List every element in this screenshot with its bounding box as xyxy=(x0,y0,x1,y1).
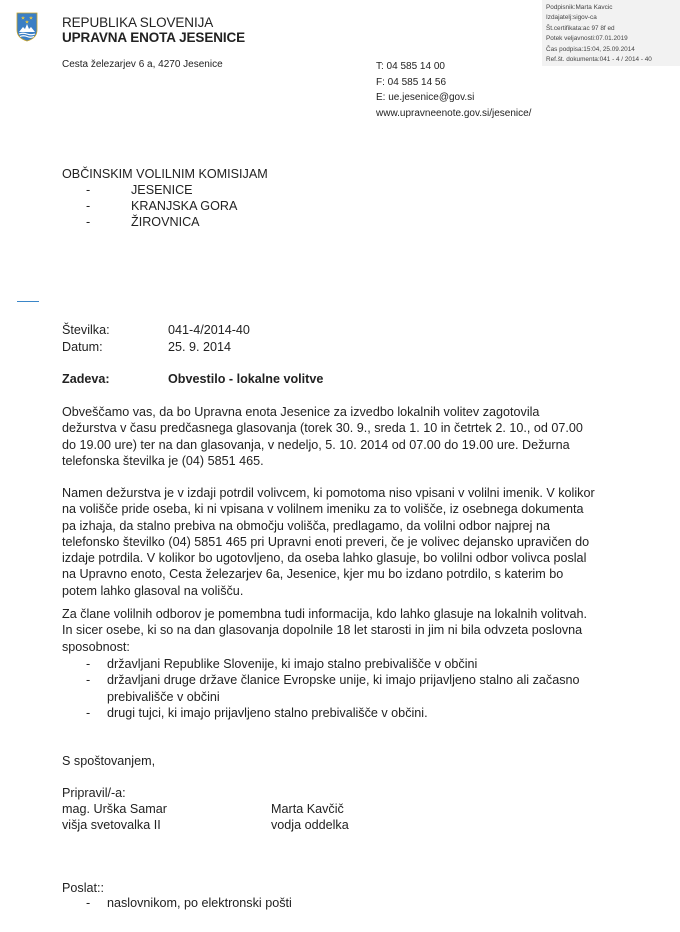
dash-bullet: - xyxy=(62,896,107,910)
text-line: do 19.00 ure) ter na dan glasovanja, v n… xyxy=(62,437,622,453)
recipient-item: - ŽIROVNICA xyxy=(62,214,268,230)
digital-signature-box: Podpisnik:Marta Kavcic Izdajatelj:sigov-… xyxy=(542,0,680,66)
text-line: potem lahko glasoval na volišču. xyxy=(62,583,622,599)
signature-line: Izdajatelj:sigov-ca xyxy=(546,13,680,23)
document-meta: Številka: 041-4/2014-40 Datum: 25. 9. 20… xyxy=(62,322,250,356)
recipient-item: - KRANJSKA GORA xyxy=(62,198,268,214)
closing-greeting: S spoštovanjem, xyxy=(62,754,155,768)
header-address: Cesta železarjev 6 a, 4270 Jesenice xyxy=(62,59,223,70)
text-line: telefonska številka je (04) 5851 465. xyxy=(62,453,622,469)
list-item-text: prebivališče v občini xyxy=(107,689,622,705)
preparer-title: višja svetovalka II xyxy=(62,817,167,833)
subject-label: Zadeva: xyxy=(62,372,168,386)
sent-item-text: naslovnikom, po elektronski pošti xyxy=(107,896,622,910)
subject-row: Zadeva: Obvestilo - lokalne volitve xyxy=(62,372,323,386)
dash-bullet: - xyxy=(62,214,131,230)
text-line: na Upravno enoto, Cesta železarjev 6a, J… xyxy=(62,566,622,582)
contact-phone: T: 04 585 14 00 xyxy=(376,59,531,75)
date-value: 25. 9. 2014 xyxy=(168,339,231,356)
date-label: Datum: xyxy=(62,339,168,356)
header-office: UPRAVNA ENOTA JESENICE xyxy=(62,30,245,45)
recipient-name: JESENICE xyxy=(131,182,193,198)
text-line: Obveščamo vas, da bo Upravna enota Jesen… xyxy=(62,404,622,420)
preparer-name: mag. Urška Samar xyxy=(62,801,167,817)
signer-block: Marta Kavčič vodja oddelka xyxy=(271,801,349,834)
recipients-block: OBČINSKIM VOLILNIM KOMISIJAM - JESENICE … xyxy=(62,166,268,230)
signer-name: Marta Kavčič xyxy=(271,801,349,817)
text-line: Za člane volilnih odborov je pomembna tu… xyxy=(62,606,622,622)
dash-bullet: - xyxy=(62,656,107,672)
signature-line: Ref.št. dokumenta:041 - 4 / 2014 - 40 xyxy=(546,55,680,65)
recipients-title: OBČINSKIM VOLILNIM KOMISIJAM xyxy=(62,166,268,182)
preparer-block: mag. Urška Samar višja svetovalka II xyxy=(62,801,167,834)
eligibility-list: - državljani Republike Slovenije, ki ima… xyxy=(62,656,622,721)
signature-line: Potek veljavnosti:07.01.2019 xyxy=(546,34,680,44)
list-item-text: drugi tujci, ki imajo prijavljeno stalno… xyxy=(107,705,622,721)
text-line: pa izhaja, da stalno prebiva na območju … xyxy=(62,518,622,534)
sent-label: Poslat:: xyxy=(62,881,104,895)
list-item: - drugi tujci, ki imajo prijavljeno stal… xyxy=(62,705,622,721)
signature-line: Čas podpisa:15:04, 25.09.2014 xyxy=(546,45,680,55)
contact-block: T: 04 585 14 00 F: 04 585 14 56 E: ue.je… xyxy=(376,59,531,121)
dash-bullet: - xyxy=(62,672,107,705)
recipient-item: - JESENICE xyxy=(62,182,268,198)
text-line: Namen dežurstva je v izdaji potrdil voli… xyxy=(62,485,622,501)
slovenia-coat-of-arms-icon xyxy=(16,12,38,42)
list-item-text: državljani Republike Slovenije, ki imajo… xyxy=(107,656,622,672)
text-line: sposobnost: xyxy=(62,639,622,655)
header-country: REPUBLIKA SLOVENIJA xyxy=(62,15,213,30)
contact-fax: F: 04 585 14 56 xyxy=(376,75,531,91)
list-item: - državljani Republike Slovenije, ki ima… xyxy=(62,656,622,672)
recipient-name: KRANJSKA GORA xyxy=(131,198,237,214)
prepared-by-label: Pripravil/-a: xyxy=(62,785,126,801)
number-label: Številka: xyxy=(62,322,168,339)
fold-mark-divider xyxy=(17,301,39,302)
signature-line: Št.certifikata:ac 97 8f ed xyxy=(546,24,680,34)
text-line: izdaje potrdila. V kolikor bo ugotovljen… xyxy=(62,550,622,566)
text-line: In sicer osebe, ki so na dan glasovanja … xyxy=(62,622,622,638)
dash-bullet: - xyxy=(62,705,107,721)
recipient-name: ŽIROVNICA xyxy=(131,214,200,230)
meta-number-row: Številka: 041-4/2014-40 xyxy=(62,322,250,339)
text-line: dežurstva v času predčasnega glasovanja … xyxy=(62,420,622,436)
dash-bullet: - xyxy=(62,198,131,214)
paragraph-2: Namen dežurstva je v izdaji potrdil voli… xyxy=(62,485,622,599)
text-line: na volišče pride oseba, ki ni vpisana v … xyxy=(62,501,622,517)
dash-bullet: - xyxy=(62,182,131,198)
number-value: 041-4/2014-40 xyxy=(168,322,250,339)
paragraph-3: Za člane volilnih odborov je pomembna tu… xyxy=(62,606,622,655)
contact-website[interactable]: www.upravneenote.gov.si/jesenice/ xyxy=(376,106,531,122)
signature-line: Podpisnik:Marta Kavcic xyxy=(546,3,680,13)
list-item: - državljani druge države članice Evrops… xyxy=(62,672,622,705)
sent-list-item: - naslovnikom, po elektronski pošti xyxy=(62,896,622,910)
contact-email[interactable]: E: ue.jesenice@gov.si xyxy=(376,90,531,106)
meta-date-row: Datum: 25. 9. 2014 xyxy=(62,339,250,356)
list-item-text: državljani druge države članice Evropske… xyxy=(107,672,622,688)
subject-value: Obvestilo - lokalne volitve xyxy=(168,372,323,386)
paragraph-1: Obveščamo vas, da bo Upravna enota Jesen… xyxy=(62,404,622,469)
text-line: telefonsko številko (04) 5851 465 pri Up… xyxy=(62,534,622,550)
signer-title: vodja oddelka xyxy=(271,817,349,833)
